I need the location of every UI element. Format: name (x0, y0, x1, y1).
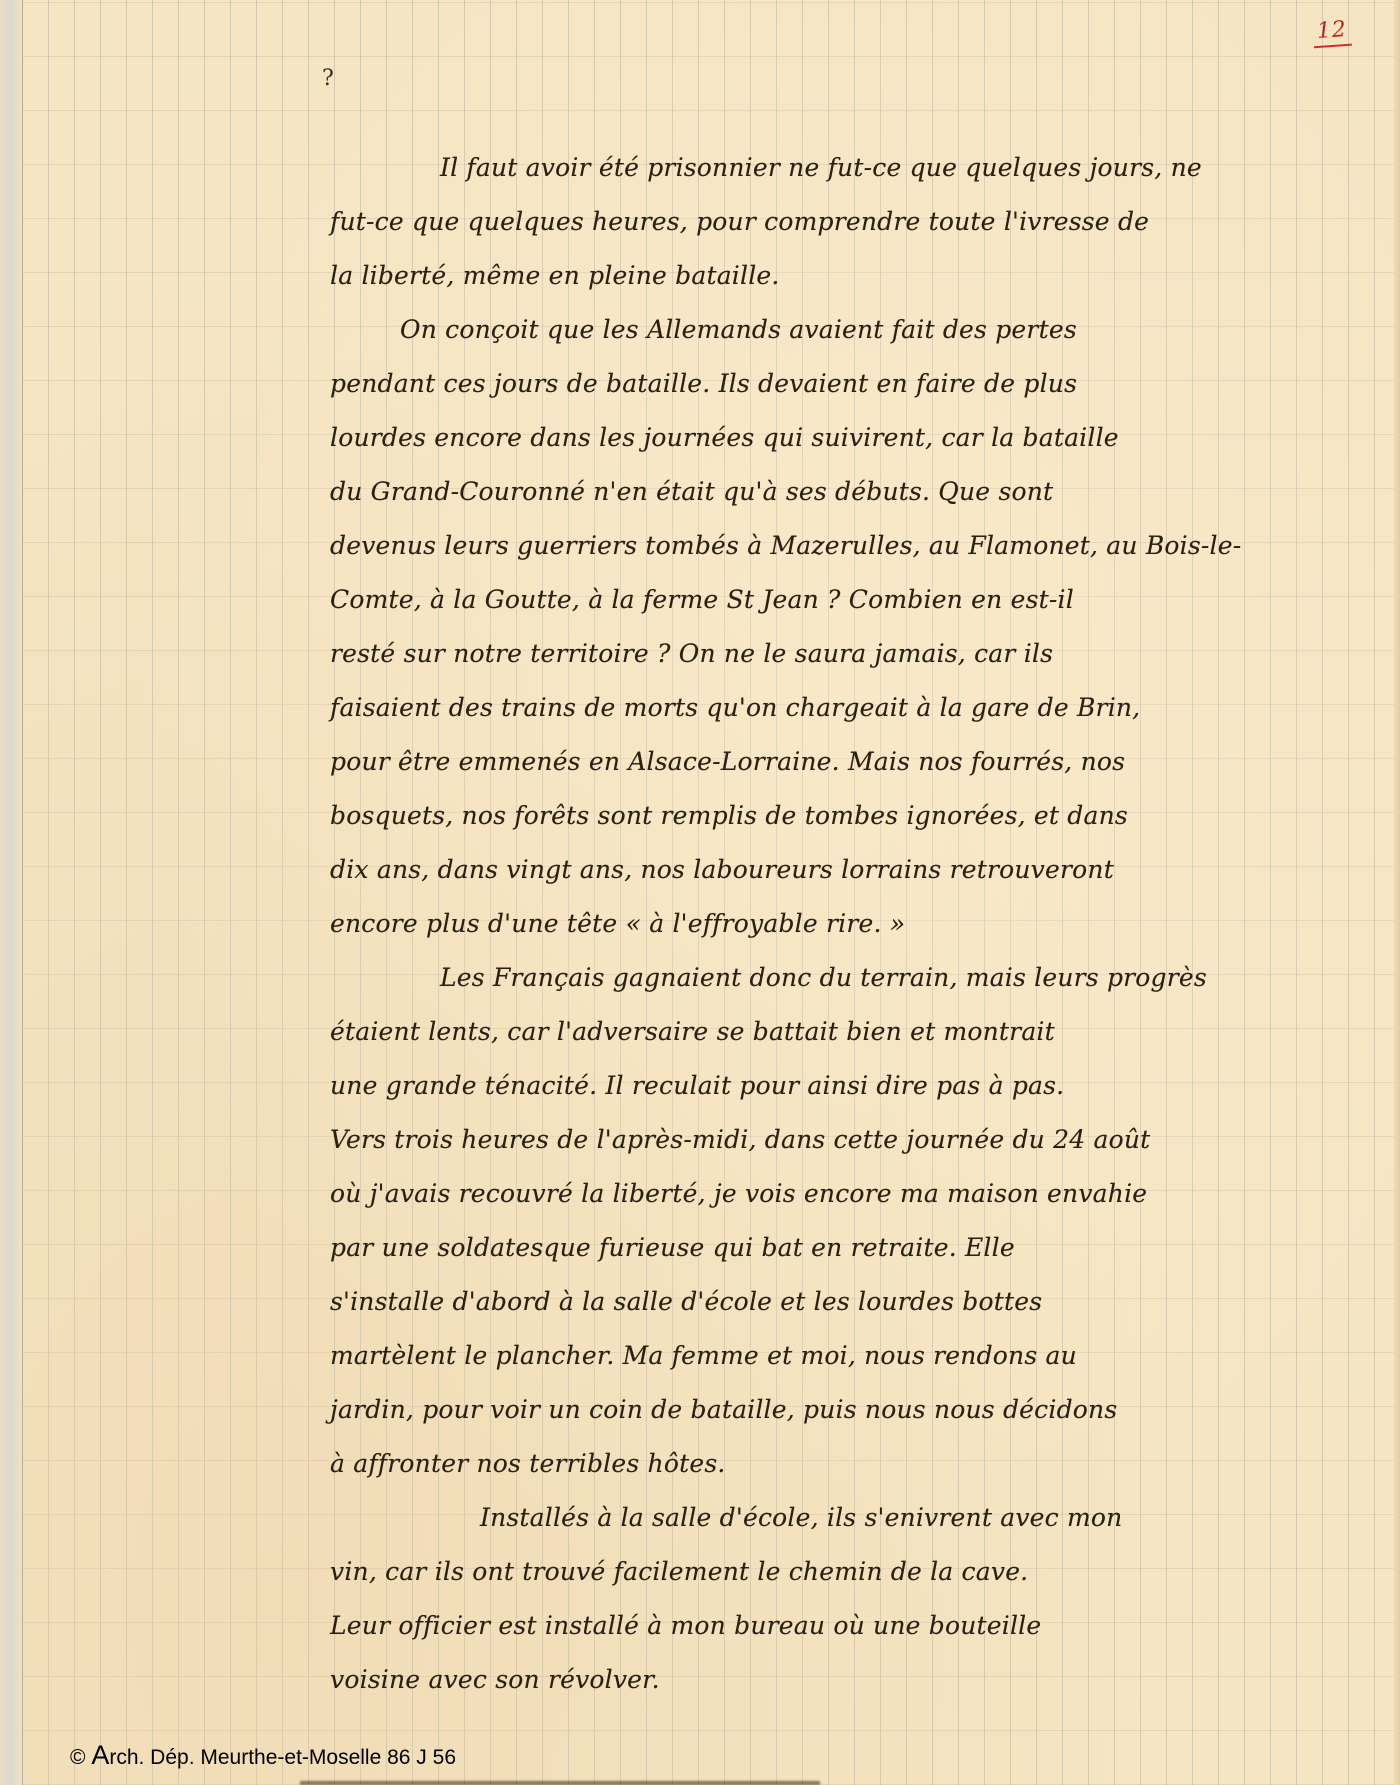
text-line: encore plus d'une tête « à l'effroyable … (330, 897, 1370, 951)
text-line: vin, car ils ont trouvé facilement le ch… (330, 1545, 1370, 1599)
manuscript-page: 12 ? Il faut avoir été prisonnier ne fut… (0, 0, 1400, 1785)
text-line: Leur officier est installé à mon bureau … (330, 1599, 1370, 1653)
text-line: Installés à la salle d'école, ils s'eniv… (330, 1491, 1370, 1545)
text-line: On conçoit que les Allemands avaient fai… (330, 303, 1370, 357)
copyright-text: rch. Dép. Meurthe-et-Moselle 86 J 56 (109, 1746, 456, 1769)
text-line: jardin, pour voir un coin de bataille, p… (330, 1383, 1370, 1437)
text-line: une grande ténacité. Il reculait pour ai… (330, 1059, 1370, 1113)
text-line: fut-ce que quelques heures, pour compren… (330, 195, 1370, 249)
text-line: dix ans, dans vingt ans, nos laboureurs … (330, 843, 1370, 897)
page-number: 12 (1312, 17, 1352, 49)
text-line: la liberté, même en pleine bataille. (330, 249, 1370, 303)
handwritten-text: Il faut avoir été prisonnier ne fut-ce q… (330, 141, 1370, 1707)
text-line: Vers trois heures de l'après-midi, dans … (330, 1113, 1370, 1167)
text-line: bosquets, nos forêts sont remplis de tom… (330, 789, 1370, 843)
text-line: pour être emmenés en Alsace-Lorraine. Ma… (330, 735, 1370, 789)
text-line: devenus leurs guerriers tombés à Mazerul… (330, 519, 1370, 573)
text-line: resté sur notre territoire ? On ne le sa… (330, 627, 1370, 681)
text-line: du Grand-Couronné n'en était qu'à ses dé… (330, 465, 1370, 519)
page-bottom-shadow (300, 1781, 820, 1785)
text-line: martèlent le plancher. Ma femme et moi, … (330, 1329, 1370, 1383)
text-line: Il faut avoir été prisonnier ne fut-ce q… (330, 141, 1370, 195)
copyright-icon: © (70, 1746, 85, 1769)
text-line: Comte, à la Goutte, à la ferme St Jean ?… (330, 573, 1370, 627)
text-line: à affronter nos terribles hôtes. (330, 1437, 1370, 1491)
binding-edge (0, 0, 23, 1785)
text-line: étaient lents, car l'adversaire se batta… (330, 1005, 1370, 1059)
copyright-initial: A (91, 1740, 109, 1770)
text-line: lourdes encore dans les journées qui sui… (330, 411, 1370, 465)
text-line: voisine avec son révolver. (330, 1653, 1370, 1707)
text-line: où j'avais recouvré la liberté, je vois … (330, 1167, 1370, 1221)
text-line: par une soldatesque furieuse qui bat en … (330, 1221, 1370, 1275)
text-line: s'installe d'abord à la salle d'école et… (330, 1275, 1370, 1329)
text-line: Les Français gagnaient donc du terrain, … (330, 951, 1370, 1005)
stray-ink-mark: ? (322, 66, 334, 91)
archive-copyright-notice: © Arch. Dép. Meurthe-et-Moselle 86 J 56 (70, 1740, 456, 1771)
page-right-edge (1394, 0, 1400, 1785)
text-line: faisaient des trains de morts qu'on char… (330, 681, 1370, 735)
text-line: pendant ces jours de bataille. Ils devai… (330, 357, 1370, 411)
